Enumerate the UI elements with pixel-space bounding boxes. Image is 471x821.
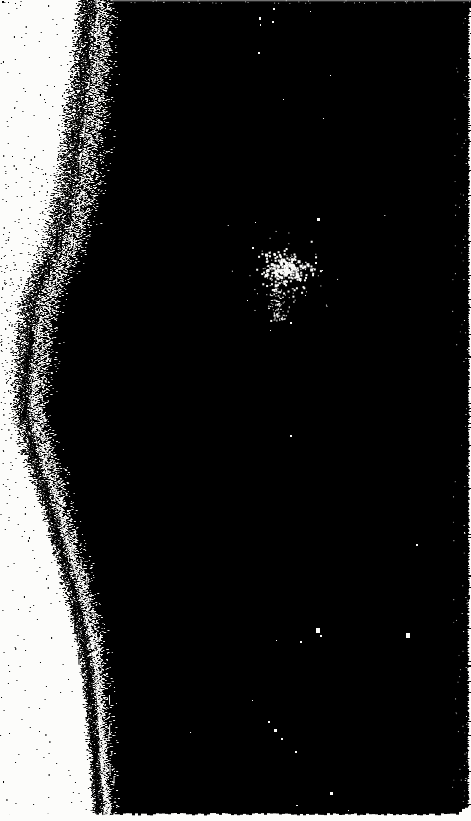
scanned-page — [0, 0, 471, 821]
degraded-photo-canvas — [0, 0, 471, 821]
